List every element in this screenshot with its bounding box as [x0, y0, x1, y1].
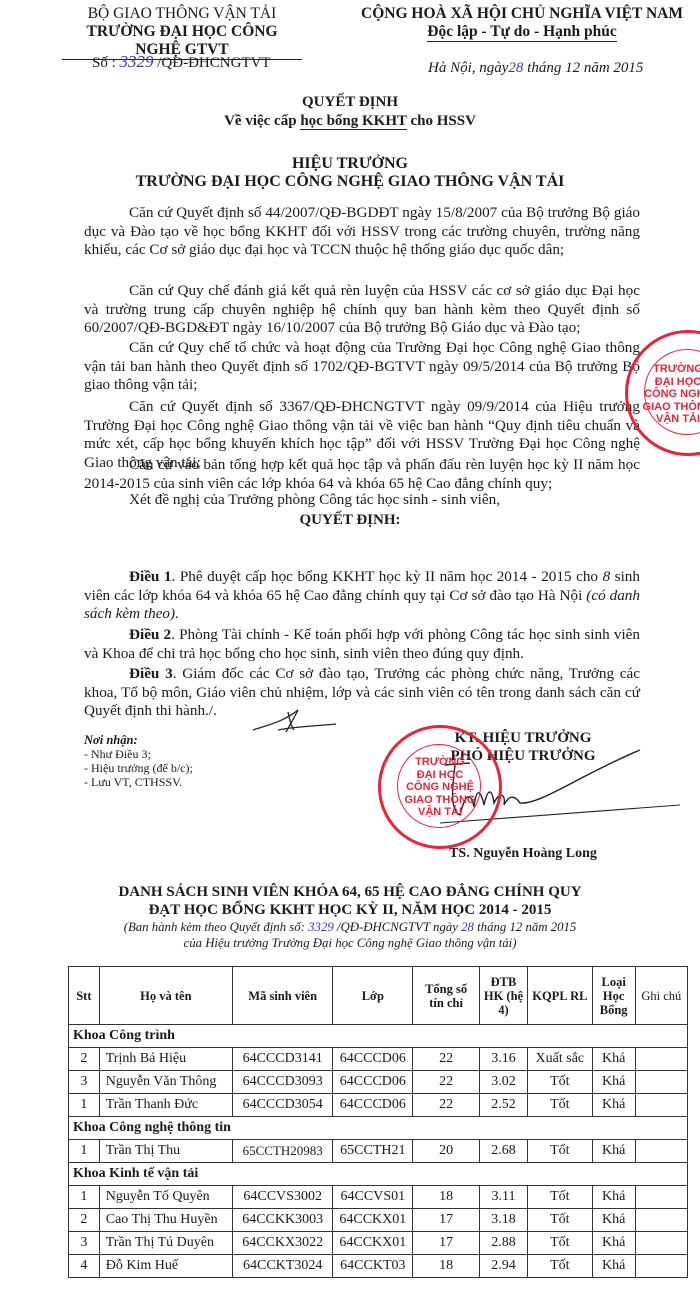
cell-class: 64CCKT03: [333, 1255, 413, 1278]
cell-conduct: Tốt: [528, 1209, 593, 1232]
list-subtitle-line2: của Hiệu trưởng Trường Đại học Công nghệ…: [0, 936, 700, 951]
col-note: Ghi chú: [635, 967, 687, 1025]
table-row: 1Trần Thanh Đức64CCCD305464CCCD06222.52T…: [69, 1094, 688, 1117]
cell-student-id: 65CCTH20983: [232, 1140, 332, 1163]
cell-conduct: Tốt: [528, 1255, 593, 1278]
cell-scholarship-type: Khá: [592, 1209, 635, 1232]
cell-stt: 1: [69, 1186, 100, 1209]
article-1: Điều 1. Phê duyệt cấp học bổng KKHT học …: [84, 568, 640, 624]
recipients-label: Nơi nhận:: [84, 733, 193, 747]
basis-paragraph: Căn cứ vào bản tổng hợp kết quả học tập …: [84, 456, 640, 493]
authority-title: HIỆU TRƯỞNG: [0, 155, 700, 173]
cell-conduct: Tốt: [528, 1094, 593, 1117]
recipient-item: - Hiệu trưởng (để b/c);: [84, 761, 193, 775]
article-2: Điều 2. Phòng Tài chính - Kế toán phối h…: [84, 626, 640, 663]
col-scholarship-type: Loại Học Bổng: [592, 967, 635, 1025]
cell-student-id: 64CCVS3002: [232, 1186, 332, 1209]
cell-student-id: 64CCKK3003: [232, 1209, 332, 1232]
cell-stt: 4: [69, 1255, 100, 1278]
table-row: 1Trần Thị Thu65CCTH2098365CCTH21202.68Tố…: [69, 1140, 688, 1163]
ministry-name: BỘ GIAO THÔNG VẬN TẢI: [62, 5, 302, 23]
cell-name: Nguyễn Văn Thông: [99, 1071, 232, 1094]
cell-note: [635, 1232, 687, 1255]
cell-scholarship-type: Khá: [592, 1071, 635, 1094]
col-stt: Stt: [69, 967, 100, 1025]
faculty-group-row: Khoa Công trình: [69, 1025, 688, 1048]
table-body: Khoa Công trình2Trịnh Bá Hiệu64CCCD31416…: [69, 1025, 688, 1278]
cell-name: Nguyễn Tố Quyên: [99, 1186, 232, 1209]
cell-class: 64CCVS01: [333, 1186, 413, 1209]
cell-class: 64CCCD06: [333, 1048, 413, 1071]
list-title-line1: DANH SÁCH SINH VIÊN KHÓA 64, 65 HỆ CAO Đ…: [0, 884, 700, 901]
national-heading: CỘNG HOÀ XÃ HỘI CHỦ NGHĨA VIỆT NAM Độc l…: [352, 5, 692, 42]
cell-student-id: 64CCKX3022: [232, 1232, 332, 1255]
table-header-row: Stt Họ và tên Mã sinh viên Lớp Tổng số t…: [69, 967, 688, 1025]
basis-paragraph: Căn cứ Quy chế đánh giá kết quả rèn luyệ…: [84, 282, 640, 338]
table-row: 3Trần Thị Tú Duyên64CCKX302264CCKX01172.…: [69, 1232, 688, 1255]
cell-name: Trần Thị Thu: [99, 1140, 232, 1163]
cell-note: [635, 1209, 687, 1232]
cell-class: 64CCCD06: [333, 1071, 413, 1094]
cell-note: [635, 1255, 687, 1278]
scholarship-table: Stt Họ và tên Mã sinh viên Lớp Tổng số t…: [68, 966, 688, 1278]
faculty-group-row: Khoa Kinh tế vận tải: [69, 1163, 688, 1186]
table-row: 2Cao Thị Thu Huyền64CCKK300364CCKX01173.…: [69, 1209, 688, 1232]
cell-class: 65CCTH21: [333, 1140, 413, 1163]
cell-scholarship-type: Khá: [592, 1048, 635, 1071]
decides-heading: QUYẾT ĐỊNH:: [0, 512, 700, 529]
cell-name: Cao Thị Thu Huyền: [99, 1209, 232, 1232]
cell-scholarship-type: Khá: [592, 1186, 635, 1209]
cell-gpa: 3.02: [479, 1071, 527, 1094]
cell-scholarship-type: Khá: [592, 1255, 635, 1278]
nation-name: CỘNG HOÀ XÃ HỘI CHỦ NGHĨA VIỆT NAM: [352, 5, 692, 23]
cell-stt: 3: [69, 1232, 100, 1255]
col-conduct: KQPL RL: [528, 967, 593, 1025]
article-3: Điều 3. Giám đốc các Cơ sở đào tạo, Trưở…: [84, 665, 640, 721]
cell-note: [635, 1140, 687, 1163]
table-row: 2Trịnh Bá Hiệu64CCCD314164CCCD06223.16Xu…: [69, 1048, 688, 1071]
table-row: 3Nguyễn Văn Thông64CCCD309364CCCD06223.0…: [69, 1071, 688, 1094]
cell-name: Trần Thanh Đức: [99, 1094, 232, 1117]
cell-class: 64CCCD06: [333, 1094, 413, 1117]
basis-paragraph: Căn cứ Quyết định số 44/2007/QĐ-BGDĐT ng…: [84, 204, 640, 260]
cell-gpa: 2.94: [479, 1255, 527, 1278]
cell-note: [635, 1186, 687, 1209]
recipients-block: Nơi nhận: - Như Điều 3; - Hiệu trưởng (đ…: [84, 733, 193, 789]
cell-conduct: Tốt: [528, 1140, 593, 1163]
table-row: 4Đỗ Kim Huế64CCKT302464CCKT03182.94TốtKh…: [69, 1255, 688, 1278]
cell-credits: 18: [413, 1186, 480, 1209]
cell-credits: 22: [413, 1071, 480, 1094]
recipient-item: - Lưu VT, CTHSSV.: [84, 775, 193, 789]
national-motto: Độc lập - Tự do - Hạnh phúc: [427, 23, 616, 42]
cell-student-id: 64CCCD3054: [232, 1094, 332, 1117]
cell-scholarship-type: Khá: [592, 1232, 635, 1255]
cell-stt: 2: [69, 1209, 100, 1232]
handwritten-number: 3329: [120, 52, 154, 71]
issue-date: Hà Nội, ngày28 tháng 12 năm 2015: [428, 60, 643, 77]
cell-student-id: 64CCCD3093: [232, 1071, 332, 1094]
cell-student-id: 64CCKT3024: [232, 1255, 332, 1278]
faculty-name: Khoa Công nghệ thông tin: [69, 1117, 688, 1140]
cell-gpa: 3.11: [479, 1186, 527, 1209]
cell-name: Đỗ Kim Huế: [99, 1255, 232, 1278]
faculty-name: Khoa Công trình: [69, 1025, 688, 1048]
cell-conduct: Tốt: [528, 1071, 593, 1094]
col-name: Họ và tên: [99, 967, 232, 1025]
cell-credits: 22: [413, 1094, 480, 1117]
cell-credits: 20: [413, 1140, 480, 1163]
faculty-name: Khoa Kinh tế vận tải: [69, 1163, 688, 1186]
initials-signature: [248, 700, 338, 740]
cell-scholarship-type: Khá: [592, 1140, 635, 1163]
cell-stt: 1: [69, 1094, 100, 1117]
cell-stt: 2: [69, 1048, 100, 1071]
cell-conduct: Tốt: [528, 1232, 593, 1255]
col-student-id: Mã sinh viên: [232, 967, 332, 1025]
basis-paragraph: Căn cứ Quy chế tổ chức và hoạt động của …: [84, 339, 640, 395]
cell-gpa: 3.18: [479, 1209, 527, 1232]
recipient-item: - Như Điều 3;: [84, 747, 193, 761]
col-gpa: ĐTB HK (hệ 4): [479, 967, 527, 1025]
cell-scholarship-type: Khá: [592, 1094, 635, 1117]
cell-credits: 22: [413, 1048, 480, 1071]
col-credits: Tổng số tín chỉ: [413, 967, 480, 1025]
cell-student-id: 64CCCD3141: [232, 1048, 332, 1071]
document-number: Số : 3329 /QĐ-ĐHCNGTVT: [92, 52, 271, 72]
cell-class: 64CCKX01: [333, 1209, 413, 1232]
cell-gpa: 2.88: [479, 1232, 527, 1255]
official-seal: TRƯỜNG ĐẠI HỌC CÔNG NGHỆ GIAO THÔNG VẬN …: [378, 725, 502, 849]
cell-conduct: Xuất sắc: [528, 1048, 593, 1071]
cell-gpa: 3.16: [479, 1048, 527, 1071]
authority-org: TRƯỜNG ĐẠI HỌC CÔNG NGHỆ GIAO THÔNG VẬN …: [0, 173, 700, 191]
handwritten-day: 28: [508, 60, 523, 76]
cell-stt: 1: [69, 1140, 100, 1163]
cell-credits: 17: [413, 1232, 480, 1255]
cell-note: [635, 1048, 687, 1071]
cell-credits: 18: [413, 1255, 480, 1278]
basis-paragraph: Xét đề nghị của Trưởng phòng Công tác họ…: [84, 491, 640, 510]
cell-class: 64CCKX01: [333, 1232, 413, 1255]
cell-note: [635, 1094, 687, 1117]
list-subtitle: (Ban hành kèm theo Quyết định số: 3329 /…: [0, 920, 700, 935]
decision-subject: Về việc cấp học bổng KKHT cho HSSV: [0, 113, 700, 130]
table-row: 1Nguyễn Tố Quyên64CCVS300264CCVS01183.11…: [69, 1186, 688, 1209]
list-title-line2: ĐẠT HỌC BỔNG KKHT HỌC KỲ II, NĂM HỌC 201…: [0, 902, 700, 919]
cell-gpa: 2.52: [479, 1094, 527, 1117]
cell-stt: 3: [69, 1071, 100, 1094]
cell-name: Trịnh Bá Hiệu: [99, 1048, 232, 1071]
cell-credits: 17: [413, 1209, 480, 1232]
cell-name: Trần Thị Tú Duyên: [99, 1232, 232, 1255]
faculty-group-row: Khoa Công nghệ thông tin: [69, 1117, 688, 1140]
cell-note: [635, 1071, 687, 1094]
decision-title: QUYẾT ĐỊNH: [0, 94, 700, 111]
cell-gpa: 2.68: [479, 1140, 527, 1163]
cell-conduct: Tốt: [528, 1186, 593, 1209]
col-class: Lớp: [333, 967, 413, 1025]
